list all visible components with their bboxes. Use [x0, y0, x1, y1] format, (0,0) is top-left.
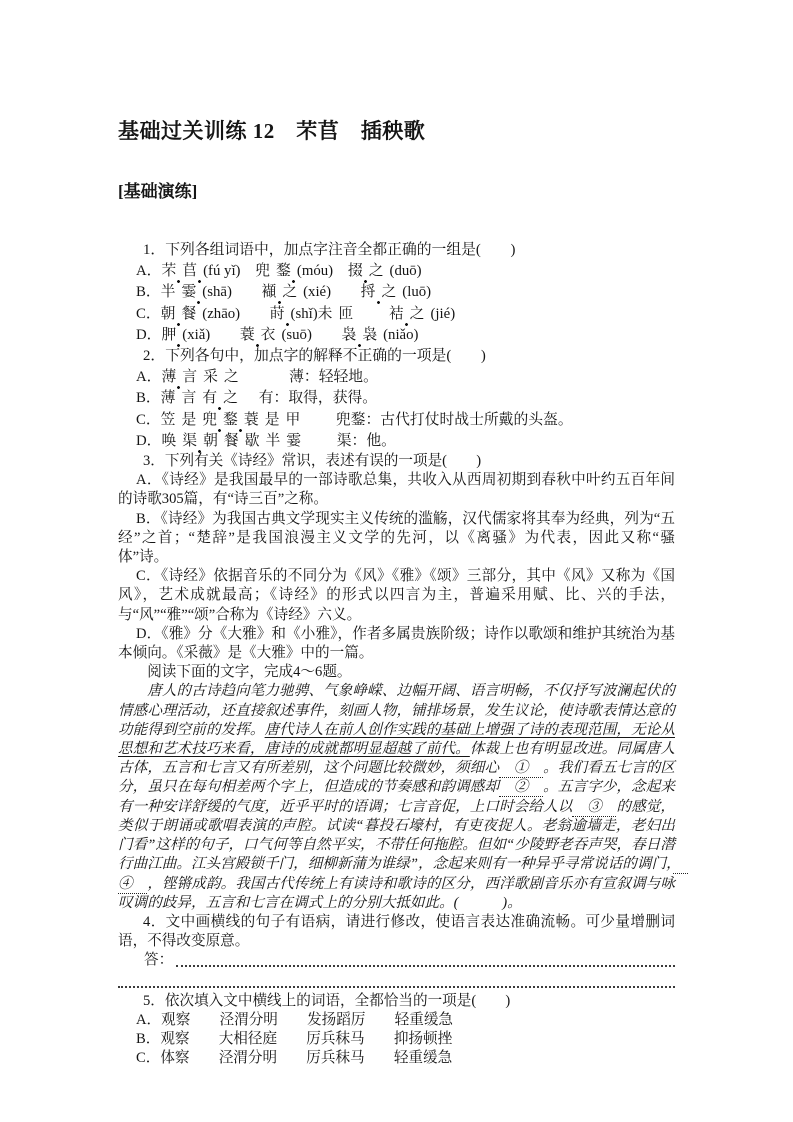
text-segment: 有：取得，获得。 [259, 390, 377, 406]
q4-stem: 4．文中画横线的句子有语病，请进行修改，使语言表达准确流畅。可少量增删词语，不得… [118, 913, 675, 951]
q3-stem: 3．下列有关《诗经》常识，表述有误的一项是( ) [118, 452, 675, 471]
q1-option-b: B．半霎(shā) 襭之(xié) 捋之(luō) [118, 282, 675, 303]
q1-option-d: D．胛(xiǎ) 蓑衣(suō) 袅袅(niǎo) [118, 325, 675, 346]
text-segment: 餐 [181, 306, 202, 322]
q1-option-b-text: 半霎(shā) 襭之(xié) 捋之(luō) [161, 284, 431, 305]
text-segment: 薄 [161, 369, 182, 390]
q1-option-c-label: C． [136, 306, 161, 322]
text-segment: 兜鍪 [202, 412, 244, 433]
text-segment [331, 284, 361, 300]
q1-option-c-text: 朝餐(zhāo) 莳(shǐ)未匝 袺之(jié) [161, 306, 455, 327]
q1-option-a-label: A． [136, 263, 161, 279]
q1-option-a: A．芣苢(fú yǐ) 兜鍪(móu) 掇之(duō) [118, 261, 675, 282]
q3-option-a-text: 《诗经》是我国最早的一部诗歌总集，共收入从西周初期到春秋中叶约五百年间的诗歌30… [118, 472, 675, 507]
reading-intro: 阅读下面的文字，完成4～6题。 [118, 663, 675, 682]
text-segment: (duō) [390, 263, 422, 279]
q2-option-b: B．薄言有之 有：取得，获得。 [118, 388, 675, 409]
text-segment: 未匝 [318, 306, 360, 322]
q2-option-c-label: C． [136, 412, 161, 428]
text-segment: 之 [282, 284, 303, 300]
text-segment: (shǐ) [291, 306, 318, 322]
text-segment: 笠是 [161, 412, 203, 428]
text-segment: (zhāo) [202, 306, 240, 322]
q2-option-c: C．笠是兜鍪蓑是甲 兜鍪：古代打仗时战士所戴的头盔。 [118, 410, 675, 431]
text-segment: 有 [202, 390, 223, 411]
q5-option-b: B．观察 大相径庭 厉兵秣马 抑扬顿挫 [118, 1030, 675, 1049]
text-segment: 半 [161, 284, 182, 300]
text-segment [244, 390, 259, 406]
q5-option-c: C．体察 泾渭分明 厉兵秣马 轻重缓急 [118, 1049, 675, 1068]
q3-option-c-label: C． [136, 568, 161, 584]
text-segment: 朝餐歇半霎 [203, 433, 307, 449]
q2-option-a-text: 薄言采之 薄：轻轻地。 [161, 369, 377, 390]
text-segment: ，铿锵成韵。我国古代传统上有读诗和歌诗的区分，西洋歌剧音乐亦有宣叙调与咏叹调的歧… [118, 876, 675, 911]
text-segment: 兜鍪：古代打仗时战士所戴的头盔。 [336, 412, 573, 428]
text-segment [307, 433, 337, 449]
q2-option-a-label: A． [136, 369, 161, 385]
q1-stem: 1．下列各组词语中，加点字注音全都正确的一组是( ) [118, 240, 675, 261]
text-segment: 莳 [270, 306, 291, 327]
page-title: 基础过关训练 12 芣苢 插秧歌 [118, 120, 675, 142]
text-segment [359, 306, 389, 322]
text-segment: 言采之 [182, 369, 244, 385]
q5-option-b-text: 观察 大相径庭 厉兵秣马 抑扬顿挫 [160, 1031, 452, 1047]
q3-option-b-label: B． [136, 511, 161, 527]
fill-in-blank-2: ② [499, 779, 543, 797]
worksheet-page: 基础过关训练 12 芣苢 插秧歌 [基础演练] 1．下列各组词语中，加点字注音全… [0, 0, 793, 1122]
text-segment: 袅 [342, 327, 363, 348]
answer-dotted-line-2 [118, 971, 675, 988]
text-segment: 襭 [262, 284, 283, 305]
text-segment: (shā) [202, 284, 232, 300]
fill-in-blank-1: ① [499, 760, 543, 778]
text-segment: 之 [410, 306, 431, 322]
text-segment: (jié) [430, 306, 455, 322]
text-segment: (xié) [303, 284, 331, 300]
text-segment [245, 369, 289, 385]
document-body: 基础过关训练 12 芣苢 插秧歌 [基础演练] 1．下列各组词语中，加点字注音全… [0, 0, 793, 1068]
text-segment: 兜 [255, 263, 276, 279]
text-segment [240, 306, 270, 322]
q2-option-b-label: B． [136, 390, 161, 406]
text-segment: 捋 [361, 284, 382, 305]
q1-option-a-text: 芣苢(fú yǐ) 兜鍪(móu) 掇之(duō) [161, 263, 421, 284]
text-segment: 渠：他。 [337, 433, 396, 449]
text-segment [312, 327, 342, 343]
q3-option-a-label: A． [136, 472, 162, 488]
text-segment: 鍪 [276, 263, 297, 284]
text-segment: (luō) [402, 284, 431, 300]
text-segment: 衣 [261, 327, 282, 343]
fill-in-blank-3: ③ [572, 799, 616, 817]
q2-option-d-text: 唤渠朝餐歇半霎 渠：他。 [161, 433, 395, 454]
q5-option-a-text: 观察 泾渭分明 发扬蹈厉 轻重缓急 [161, 1012, 453, 1028]
text-segment: 掇 [348, 263, 369, 284]
text-segment: 袅 [362, 327, 383, 343]
q3-option-b: B．《诗经》为我国古典文学现实主义传统的滥觞，汉代儒家将其奉为经典，列为“五经”… [118, 510, 675, 568]
text-segment: 霎 [181, 284, 202, 305]
text-segment: (niǎo) [383, 327, 418, 343]
q3-option-d-text: 《雅》分《大雅》和《小雅》，作者多属贵族阶级；诗作以歌颂和维护其统治为基本倾向。… [118, 626, 675, 661]
text-segment: 之 [223, 390, 244, 406]
text-segment: 之 [369, 263, 390, 279]
text-segment: (fú yǐ) [203, 263, 240, 279]
q5-option-b-label: B． [136, 1031, 160, 1047]
q4-answer-row: 答： [118, 951, 675, 970]
q3-option-a: A．《诗经》是我国最早的一部诗歌总集，共收入从西周初期到春秋中叶约五百年间的诗歌… [118, 471, 675, 509]
answer-dotted-line-1 [176, 965, 675, 967]
text-segment: (móu) [297, 263, 333, 279]
text-segment: 唤 [161, 433, 182, 449]
text-segment: 薄言 [161, 390, 203, 406]
q1-option-d-text: 胛(xiǎ) 蓑衣(suō) 袅袅(niǎo) [161, 327, 418, 348]
q5-option-a-label: A． [136, 1012, 161, 1028]
q5-option-a: A．观察 泾渭分明 发扬蹈厉 轻重缓急 [118, 1011, 675, 1030]
text-segment [306, 412, 336, 428]
q2-option-d-label: D． [136, 433, 161, 449]
text-segment [210, 327, 240, 343]
questions-3-5: 3．下列有关《诗经》常识，表述有误的一项是( ) A．《诗经》是我国最早的一部诗… [118, 452, 675, 1068]
q1-option-b-label: B． [136, 284, 161, 300]
reading-passage: 唐人的古诗趋向笔力驰骋、气象峥嵘、边幅开阔、语言明畅，不仅抒写波澜起伏的情感心理… [118, 682, 675, 912]
text-segment: 渠 [182, 433, 203, 454]
questions-1-2: 1．下列各组词语中，加点字注音全都正确的一组是( ) A．芣苢(fú yǐ) 兜… [118, 240, 675, 452]
text-segment: 袺 [389, 306, 410, 327]
text-segment: (suō) [281, 327, 311, 343]
q5-option-c-label: C． [136, 1050, 160, 1066]
q3-option-c: C．《诗经》依据音乐的不同分为《风》《雅》《颂》三部分，其中《风》又称为《国风》… [118, 567, 675, 625]
q3-option-c-text: 《诗经》依据音乐的不同分为《风》《雅》《颂》三部分，其中《风》又称为《国风》，艺… [118, 568, 675, 622]
text-segment [240, 263, 255, 279]
text-segment: 之 [381, 284, 402, 300]
text-segment [232, 284, 262, 300]
text-segment: 朝 [161, 306, 182, 327]
section-label: [基础演练] [118, 183, 675, 200]
text-segment: 胛 [161, 327, 182, 348]
q2-option-b-text: 薄言有之 有：取得，获得。 [161, 390, 377, 411]
q2-option-a: A．薄言采之 薄：轻轻地。 [118, 367, 675, 388]
text-segment: (xiǎ) [182, 327, 210, 343]
q1-option-c: C．朝餐(zhāo) 莳(shǐ)未匝 袺之(jié) [118, 304, 675, 325]
q2-option-c-text: 笠是兜鍪蓑是甲 兜鍪：古代打仗时战士所戴的头盔。 [161, 412, 573, 433]
q5-stem: 5．依次填入文中横线上的词语，全都恰当的一项是( ) [118, 992, 675, 1011]
q4-answer-label: 答： [144, 951, 173, 970]
q3-option-d-label: D． [136, 626, 161, 642]
text-segment: 蓑是甲 [244, 412, 306, 428]
q3-option-d: D．《雅》分《大雅》和《小雅》，作者多属贵族阶级；诗作以歌颂和维护其统治为基本倾… [118, 625, 675, 663]
text-segment: 芣苢 [161, 263, 203, 284]
q2-option-d: D．唤渠朝餐歇半霎 渠：他。 [118, 431, 675, 452]
text-segment: 薄：轻轻地。 [289, 369, 378, 385]
q3-option-b-text: 《诗经》为我国古典文学现实主义传统的滥觞，汉代儒家将其奉为经典，列为“五经”之首… [118, 511, 675, 565]
q2-stem: 2．下列各句中，加点字的解释不正确的一项是( ) [118, 346, 675, 367]
text-segment: 蓑 [240, 327, 261, 348]
text-segment [333, 263, 348, 279]
q5-option-c-text: 体察 泾渭分明 厉兵秣马 轻重缓急 [160, 1050, 452, 1066]
q1-option-d-label: D． [136, 327, 161, 343]
